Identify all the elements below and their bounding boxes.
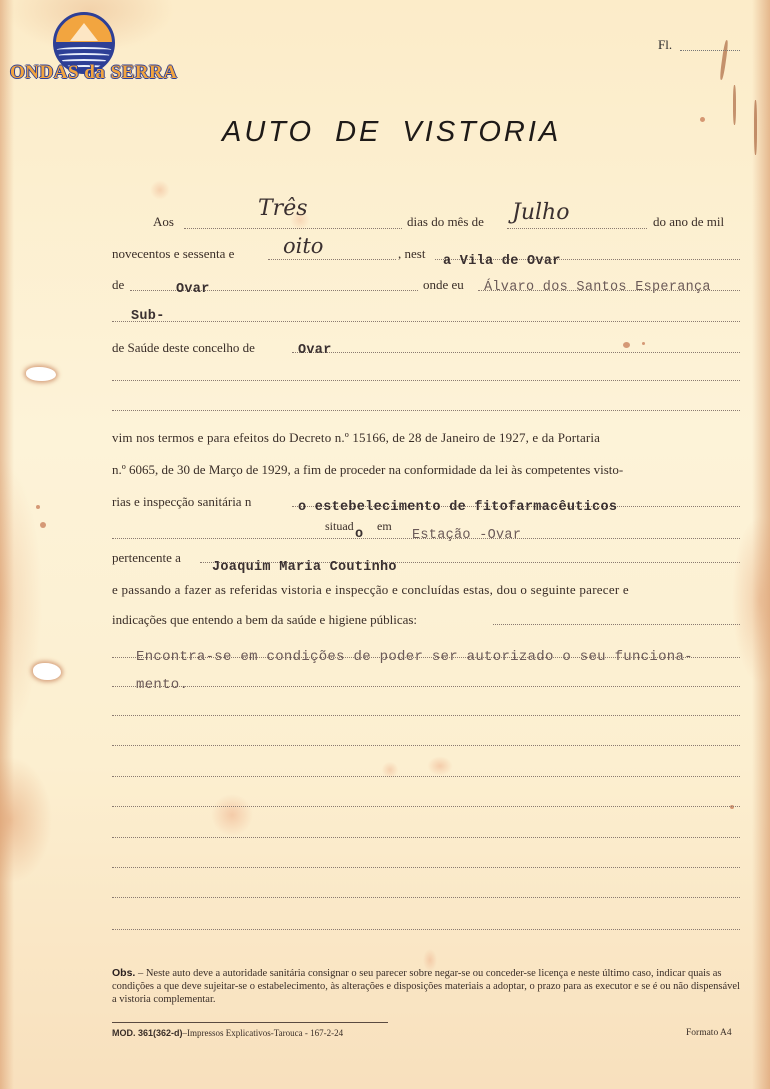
- label-de: de: [112, 277, 124, 293]
- stain-mark: [719, 40, 729, 80]
- label-aos: Aos: [153, 214, 174, 230]
- owner-typed: Joaquim Maria Coutinho: [212, 560, 397, 575]
- blank-line: [112, 929, 740, 930]
- label-saude-concelho: de Saúde deste concelho de: [112, 340, 255, 356]
- stain-mark: [754, 100, 757, 155]
- obs-label: Obs.: [112, 967, 135, 979]
- field-indicacoes: [493, 624, 740, 625]
- field-day: [184, 228, 402, 229]
- blank-line: [112, 776, 740, 777]
- label-situad: situad: [325, 519, 354, 534]
- legal-text-1: vim nos termos e para efeitos do Decreto…: [112, 430, 600, 446]
- blank-line: [112, 745, 740, 746]
- printer-info: –Impressos Explicativos-Tarouca - 167-2-…: [183, 1028, 344, 1038]
- legal-text-3: rias e inspecção sanitária n: [112, 494, 251, 510]
- blank-line: [112, 380, 740, 381]
- field-concelho: [292, 352, 740, 353]
- blank-line: [112, 837, 740, 838]
- label-nest: , nest: [398, 246, 425, 262]
- paper-edge-stain-left: [0, 0, 14, 1089]
- label-do-ano: do ano de mil: [653, 214, 724, 230]
- document-page: ONDAS da SERRA Fl. AUTO DE VISTORIA Aos …: [0, 0, 770, 1089]
- spot-mark: [36, 505, 40, 509]
- municipality-typed: Ovar: [176, 282, 210, 297]
- situad-suffix-typed: o: [355, 527, 363, 542]
- paper-edge-stain-right: [752, 0, 770, 1089]
- month-handwritten: Julho: [512, 200, 569, 225]
- field-month: [507, 228, 647, 229]
- spot-mark: [642, 342, 645, 345]
- footer-format: Formato A4: [686, 1028, 732, 1038]
- field-year: [268, 259, 396, 260]
- blank-line: [112, 715, 740, 716]
- spot-mark: [623, 342, 630, 348]
- day-handwritten: Três: [258, 196, 308, 221]
- model-code: MOD. 361(362-d): [112, 1028, 183, 1038]
- label-pertencente: pertencente a: [112, 550, 181, 566]
- year-handwritten: oito: [283, 234, 323, 258]
- paper-tear-hole: [26, 367, 56, 381]
- establishment-typed: o estebelecimento de fitofarmacêuticos: [298, 500, 617, 515]
- footer-divider: [112, 1022, 388, 1023]
- passando-text: e passando a fazer as referidas vistoria…: [112, 582, 629, 598]
- label-onde-eu: onde eu: [423, 277, 464, 293]
- legal-text-2: n.º 6065, de 30 de Março de 1929, a fim …: [112, 462, 623, 478]
- field-role: [112, 321, 740, 322]
- label-novecentos: novecentos e sessenta e: [112, 246, 234, 262]
- ondas-da-serra-logo: ONDAS da SERRA: [10, 12, 145, 87]
- officer-typed: Álvaro dos Santos Esperança: [484, 280, 711, 295]
- folio-field: [680, 50, 740, 51]
- place-typed: a Vila de Ovar: [443, 254, 561, 269]
- label-em: em: [377, 519, 392, 534]
- label-dias-do-mes: dias do mês de: [407, 214, 484, 230]
- obs-dash: –: [138, 968, 143, 979]
- blank-line: [112, 806, 740, 807]
- blank-line: [112, 897, 740, 898]
- paper-tear-hole: [33, 663, 61, 680]
- indicacoes-text: indicações que entendo a bem da saúde e …: [112, 612, 417, 628]
- obs-text: Neste auto deve a autoridade sanitária c…: [112, 968, 740, 1005]
- field-parecer-line: [112, 686, 740, 687]
- observations-note: Obs. – Neste auto deve a autoridade sani…: [112, 967, 742, 1006]
- page-title: AUTO DE VISTORIA: [222, 116, 561, 149]
- field-municipality: [130, 290, 418, 291]
- spot-mark: [40, 522, 46, 528]
- concelho-typed: Ovar: [298, 343, 332, 358]
- footer-model-code: MOD. 361(362-d)–Impressos Explicativos-T…: [112, 1028, 343, 1038]
- spot-mark: [700, 117, 705, 122]
- blank-line: [112, 410, 740, 411]
- blank-line: [112, 867, 740, 868]
- parecer-typed-line-1: Encontra-se em condições de poder ser au…: [136, 649, 693, 665]
- location-typed: Estação -Ovar: [412, 528, 521, 543]
- stain-mark: [733, 85, 736, 125]
- parecer-typed-line-2: mento.: [136, 677, 188, 693]
- role-typed: Sub-: [131, 309, 165, 324]
- logo-text: ONDAS da SERRA: [10, 62, 177, 84]
- folio-label: Fl.: [658, 37, 672, 53]
